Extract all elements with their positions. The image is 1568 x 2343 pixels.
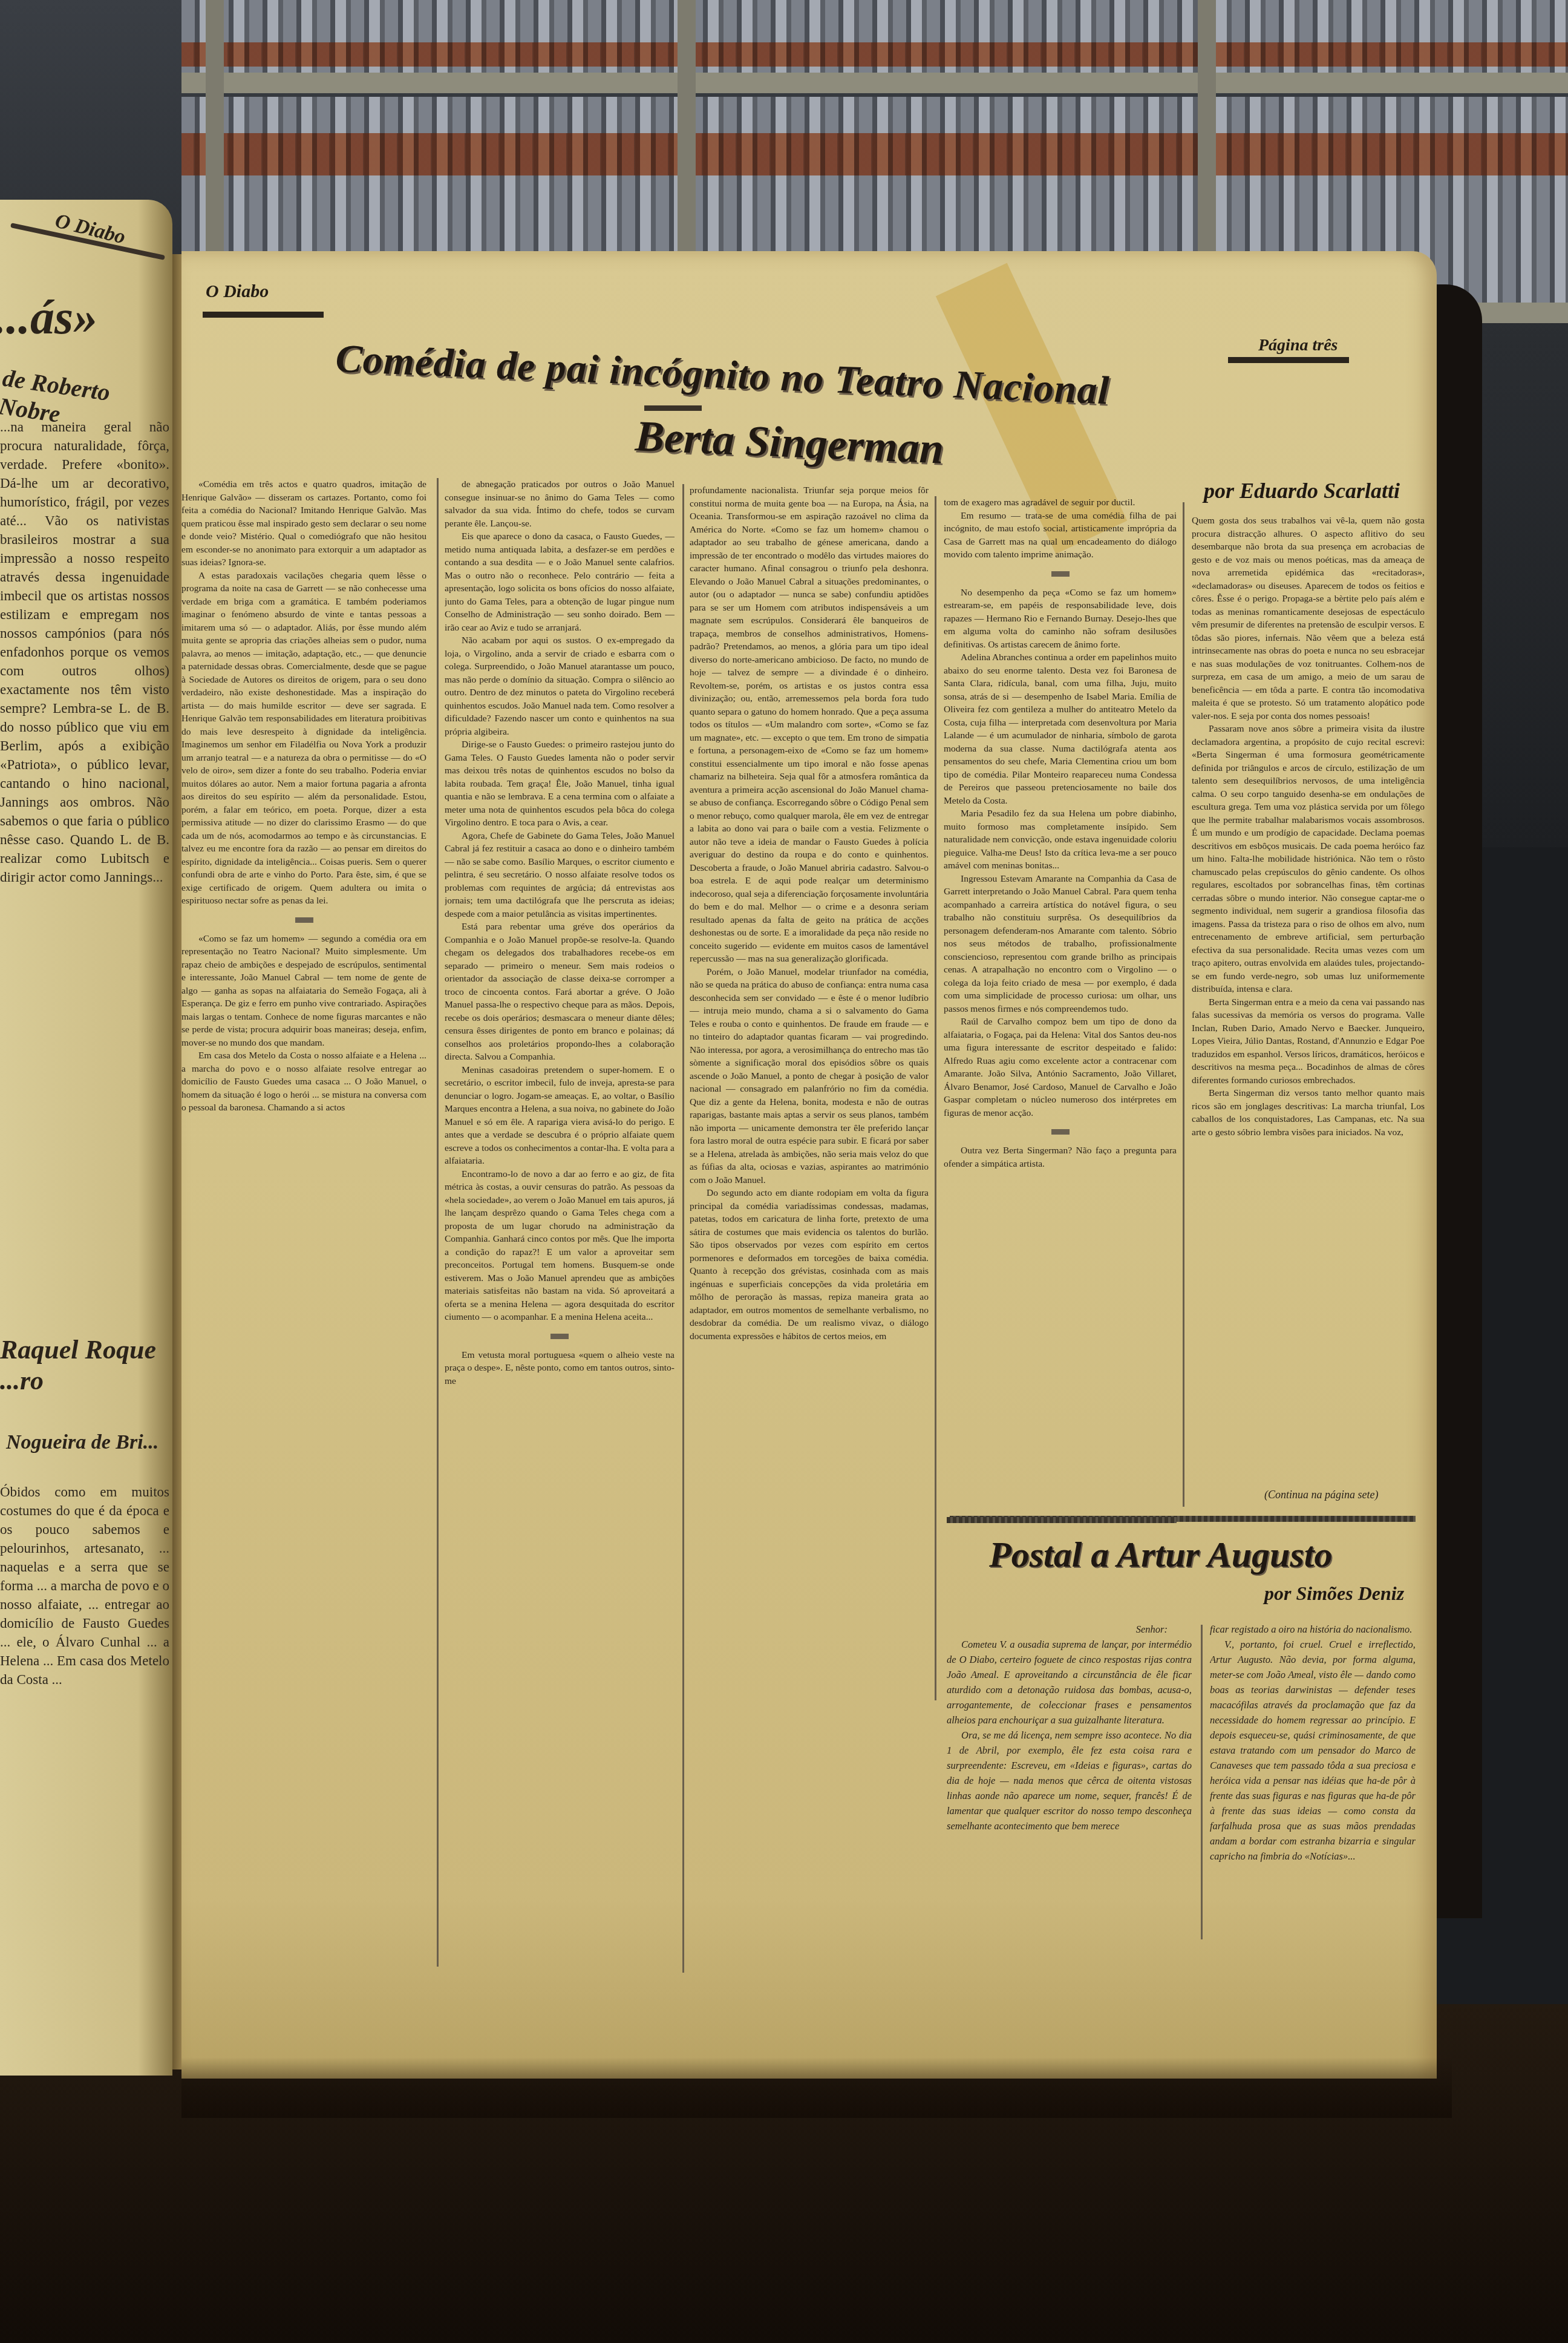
paragraph: «Comédia em três actos e quatro quadros,… xyxy=(181,478,426,569)
left-text-fragment: ...na maneira geral não procura naturali… xyxy=(0,418,169,1446)
paragraph: Ingressou Estevam Amarante na Companhia … xyxy=(944,873,1177,1016)
masthead-rule xyxy=(203,312,324,318)
page-label: Página três xyxy=(1258,336,1338,355)
left-subtitle: Raquel Roque ...ro xyxy=(0,1334,172,1396)
column-rule xyxy=(682,484,684,1973)
paragraph: Dirige-se o Fausto Guedes: o primeiro ra… xyxy=(445,738,675,830)
paragraph: Outra vez Berta Singerman? Não faço a pr… xyxy=(944,1144,1177,1170)
section-ornament xyxy=(550,1334,569,1339)
paragraph: Está para rebentar uma gréve dos operári… xyxy=(445,920,675,1064)
section-ornament xyxy=(295,917,313,923)
paragraph: Passaram nove anos sôbre a primeira visi… xyxy=(1192,723,1425,996)
section-rule xyxy=(947,1517,1177,1523)
left-sub-byline: Nogueira de Bri... xyxy=(6,1431,158,1454)
paragraph: Em resumo — trata-se de uma comédia filh… xyxy=(944,510,1177,562)
section-ornament xyxy=(1051,571,1070,577)
column-rule xyxy=(1201,1625,1203,1939)
masthead: O Diabo xyxy=(206,281,269,302)
paragraph: Do segundo acto em diante rodopiam em vo… xyxy=(690,1187,929,1343)
paragraph: V., portanto, foi cruel. Cruel e irrefle… xyxy=(1210,1637,1416,1864)
paragraph: Ora, se me dá licença, nem sempre isso a… xyxy=(947,1728,1192,1833)
paragraph: Agora, Chefe de Gabinete do Gama Teles, … xyxy=(445,830,675,921)
postal-title: Postal a Artur Augusto xyxy=(989,1534,1332,1576)
paragraph: Maria Pesadilo fez da sua Helena um pobr… xyxy=(944,807,1177,873)
left-title-fragment: ...ás» xyxy=(0,290,97,346)
left-text-fragment-2: Óbidos como em muitos costumes do que é … xyxy=(0,1483,169,2057)
article-column-4: tom de exagero mas agradável de seguir p… xyxy=(944,496,1177,1501)
article-column-5: Quem gosta dos seus trabalhos vai vê-la,… xyxy=(1192,514,1425,1483)
article-column-3: profundamente nacionalista. Triunfar sej… xyxy=(690,484,929,1973)
paragraph: Em casa dos Metelo da Costa o nosso alfa… xyxy=(181,1049,426,1115)
continued-note: (Continua na página sete) xyxy=(1264,1489,1378,1501)
shelf-books-top xyxy=(181,0,1568,73)
paragraph: Em vetusta moral portuguesa «quem o alhe… xyxy=(445,1349,675,1388)
paragraph: Berta Singerman diz versos tanto melhor … xyxy=(1192,1087,1425,1139)
paragraph: Encontramo-lo de novo a dar ao ferro e a… xyxy=(445,1168,675,1324)
paragraph: No desempenho da peça «Como se faz um ho… xyxy=(944,586,1177,652)
paragraph: Eis que aparece o dono da casaca, o Faus… xyxy=(445,530,675,634)
postal-column-2: ficar registado a oiro na história do na… xyxy=(1210,1622,1416,1961)
salutation: Senhor: xyxy=(947,1622,1192,1637)
book-binding xyxy=(1434,284,1482,1918)
page-bottom-shadow xyxy=(181,2057,1452,2118)
shelf-board xyxy=(181,73,1568,93)
paragraph: ficar registado a oiro na história do na… xyxy=(1210,1622,1416,1637)
paragraph: profundamente nacionalista. Triunfar sej… xyxy=(690,484,929,966)
paragraph: Porém, o João Manuel, modelar triunfador… xyxy=(690,966,929,1187)
paragraph: Adelina Abranches continua a order em pa… xyxy=(944,651,1177,807)
column-rule xyxy=(437,478,439,1967)
paragraph: A estas paradoxais vacilações chegaria q… xyxy=(181,569,426,908)
paragraph: Meninas casadoiras pretendem o super-hom… xyxy=(445,1064,675,1168)
column-rule xyxy=(935,496,936,1700)
paragraph: tom de exagero mas agradável de seguir p… xyxy=(944,496,1177,510)
paragraph: Raúl de Carvalho compoz bem um tipo de d… xyxy=(944,1015,1177,1119)
left-page: O Diabo ...ás» de Roberto Nobre ...na ma… xyxy=(0,200,172,2076)
page-label-rule xyxy=(1228,357,1349,363)
section-ornament xyxy=(1051,1129,1070,1135)
article-column-2: de abnegação praticados por outros o Joã… xyxy=(445,478,675,1967)
postal-column-1: Senhor: Cometeu V. a ousadia suprema de … xyxy=(947,1622,1192,1961)
article-column-1: «Comédia em três actos e quatro quadros,… xyxy=(181,478,426,1955)
postal-byline: por Simões Deniz xyxy=(1264,1582,1404,1605)
paragraph: «Como se faz um homem» — segundo a coméd… xyxy=(181,932,426,1050)
paragraph: Cometeu V. a ousadia suprema de lançar, … xyxy=(947,1637,1192,1728)
headline-divider xyxy=(644,405,702,411)
paragraph: de abnegação praticados por outros o Joã… xyxy=(445,478,675,530)
byline: por Eduardo Scarlatti xyxy=(1204,478,1400,503)
paragraph: Quem gosta dos seus trabalhos vai vê-la,… xyxy=(1192,514,1425,723)
paragraph: Não acabam por aqui os sustos. O ex-empr… xyxy=(445,634,675,738)
column-rule xyxy=(1183,502,1184,1507)
paragraph: Berta Singerman entra e a meio da cena v… xyxy=(1192,996,1425,1087)
